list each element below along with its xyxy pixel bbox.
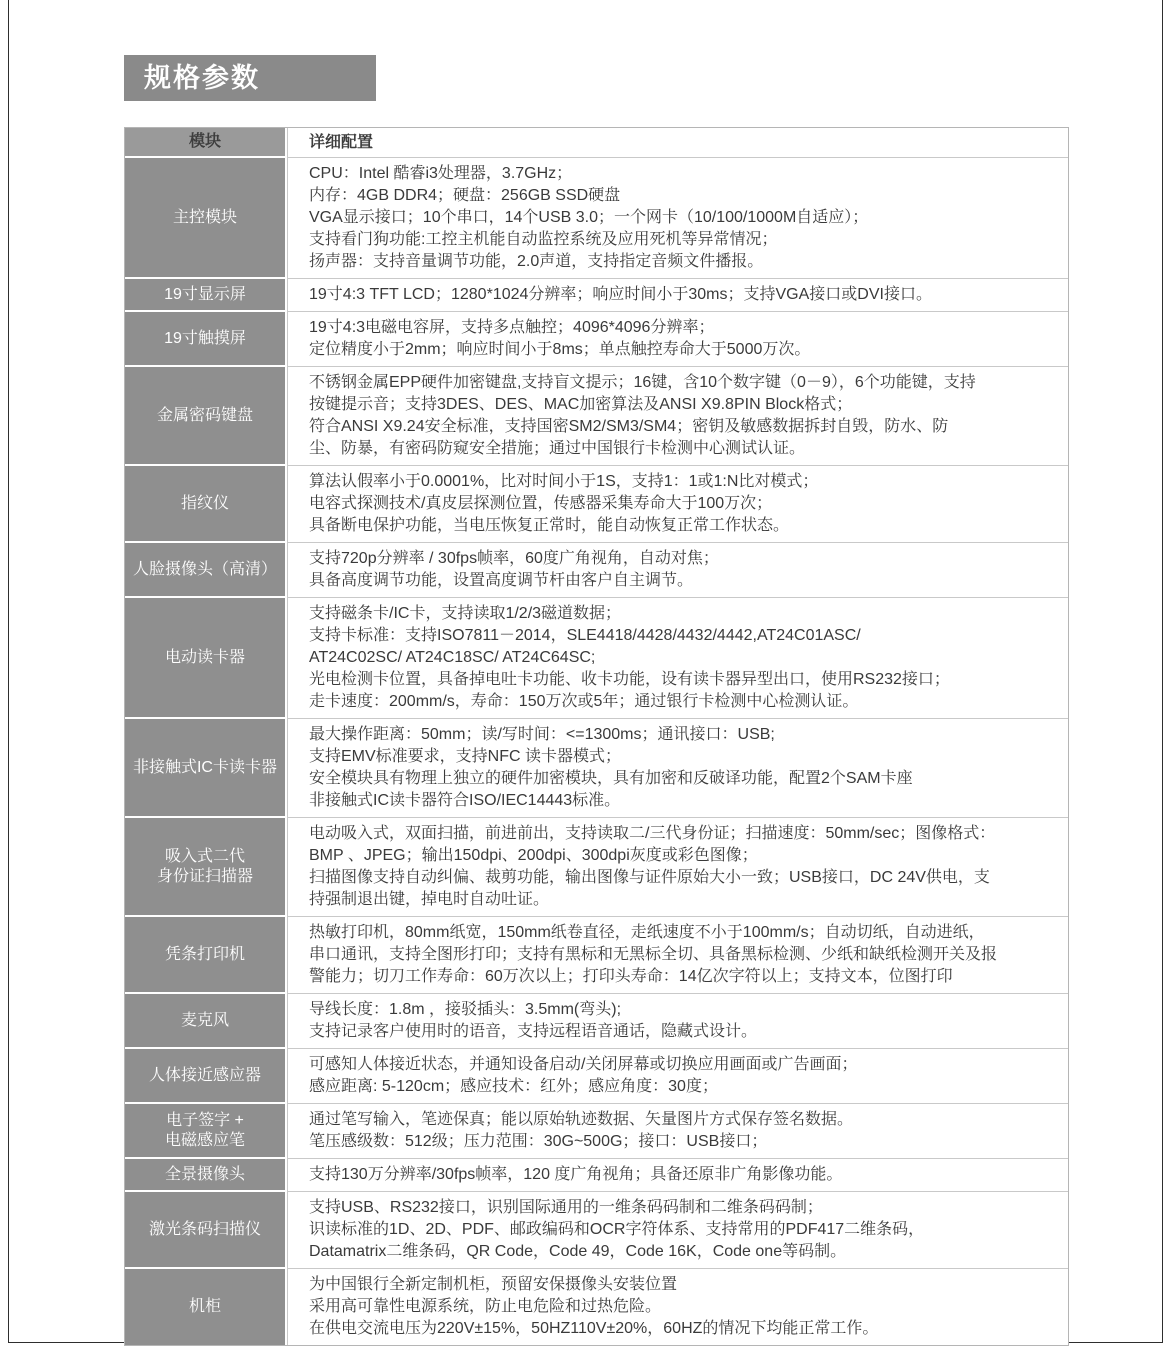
module-detail-cell: CPU：Intel 酷睿i3处理器，3.7GHz； 内存：4GB DDR4；硬盘… (287, 158, 1068, 279)
document-page: 规格参数 模块 详细配置 主控模块 CPU：Intel 酷睿i3处理器，3.7G… (8, 0, 1163, 1343)
table-row: 机柜 为中国银行全新定制机柜，预留安保摄像头安装位置 采用高可靠性电源系统，防止… (125, 1269, 1068, 1345)
table-row: 吸入式二代 身份证扫描器 电动吸入式，双面扫描，前进前出，支持读取二/三代身份证… (125, 818, 1068, 917)
module-detail-cell: 不锈钢金属EPP硬件加密键盘,支持盲文提示；16键，含10个数字键（0－9），6… (287, 367, 1068, 466)
column-header-detail: 详细配置 (287, 128, 1068, 158)
module-name-cell: 激光条码扫描仪 (125, 1192, 285, 1269)
module-name-cell: 麦克风 (125, 994, 285, 1049)
table-row: 电动读卡器 支持磁条卡/IC卡，支持读取1/2/3磁道数据； 支持卡标准：支持I… (125, 598, 1068, 719)
table-header-row: 模块 详细配置 (125, 128, 1068, 158)
module-detail-cell: 算法认假率小于0.0001%，比对时间小于1S，支持1：1或1:N比对模式； 电… (287, 466, 1068, 543)
module-detail-cell: 电动吸入式，双面扫描，前进前出，支持读取二/三代身份证；扫描速度：50mm/se… (287, 818, 1068, 917)
table-row: 人脸摄像头（高清） 支持720p分辨率 / 30fps帧率，60度广角视角，自动… (125, 543, 1068, 598)
module-detail-cell: 最大操作距离：50mm；读/写时间：<=1300ms；通讯接口：USB; 支持E… (287, 719, 1068, 818)
table-row: 主控模块 CPU：Intel 酷睿i3处理器，3.7GHz； 内存：4GB DD… (125, 158, 1068, 279)
module-detail-cell: 热敏打印机，80mm纸宽，150mm纸卷直径，走纸速度不小于100mm/s；自动… (287, 917, 1068, 994)
module-detail-cell: 19寸4:3电磁电容屏，支持多点触控；4096*4096分辨率； 定位精度小于2… (287, 312, 1068, 367)
module-name-cell: 吸入式二代 身份证扫描器 (125, 818, 285, 917)
module-name-cell: 人脸摄像头（高清） (125, 543, 285, 598)
module-detail-cell: 可感知人体接近状态，并通知设备启动/关闭屏幕或切换应用画面或广告画面； 感应距离… (287, 1049, 1068, 1104)
module-detail-cell: 19寸4:3 TFT LCD；1280*1024分辨率；响应时间小于30ms；支… (287, 279, 1068, 312)
table-body: 主控模块 CPU：Intel 酷睿i3处理器，3.7GHz； 内存：4GB DD… (125, 158, 1068, 1345)
column-header-module: 模块 (125, 128, 285, 158)
module-name-cell: 指纹仪 (125, 466, 285, 543)
module-name-cell: 金属密码键盘 (125, 367, 285, 466)
table-row: 19寸触摸屏 19寸4:3电磁电容屏，支持多点触控；4096*4096分辨率； … (125, 312, 1068, 367)
module-name-cell: 主控模块 (125, 158, 285, 279)
table-row: 非接触式IC卡读卡器 最大操作距离：50mm；读/写时间：<=1300ms；通讯… (125, 719, 1068, 818)
table-row: 金属密码键盘 不锈钢金属EPP硬件加密键盘,支持盲文提示；16键，含10个数字键… (125, 367, 1068, 466)
spec-table: 模块 详细配置 主控模块 CPU：Intel 酷睿i3处理器，3.7GHz； 内… (124, 127, 1069, 1346)
table-row: 人体接近感应器 可感知人体接近状态，并通知设备启动/关闭屏幕或切换应用画面或广告… (125, 1049, 1068, 1104)
table-row: 激光条码扫描仪 支持USB、RS232接口，识别国际通用的一维条码码制和二维条码… (125, 1192, 1068, 1269)
table-row: 全景摄像头 支持130万分辨率/30fps帧率，120 度广角视角；具备还原非广… (125, 1159, 1068, 1192)
table-row: 电子签字 + 电磁感应笔 通过笔写输入，笔迹保真；能以原始轨迹数据、矢量图片方式… (125, 1104, 1068, 1159)
module-name-cell: 机柜 (125, 1269, 285, 1345)
table-row: 凭条打印机 热敏打印机，80mm纸宽，150mm纸卷直径，走纸速度不小于100m… (125, 917, 1068, 994)
table-row: 19寸显示屏 19寸4:3 TFT LCD；1280*1024分辨率；响应时间小… (125, 279, 1068, 312)
module-name-cell: 19寸显示屏 (125, 279, 285, 312)
module-name-cell: 非接触式IC卡读卡器 (125, 719, 285, 818)
module-detail-cell: 支持130万分辨率/30fps帧率，120 度广角视角；具备还原非广角影像功能。 (287, 1159, 1068, 1192)
module-detail-cell: 支持720p分辨率 / 30fps帧率，60度广角视角，自动对焦； 具备高度调节… (287, 543, 1068, 598)
module-name-cell: 凭条打印机 (125, 917, 285, 994)
module-name-cell: 全景摄像头 (125, 1159, 285, 1192)
module-detail-cell: 为中国银行全新定制机柜，预留安保摄像头安装位置 采用高可靠性电源系统，防止电危险… (287, 1269, 1068, 1345)
module-name-cell: 人体接近感应器 (125, 1049, 285, 1104)
module-detail-cell: 通过笔写输入，笔迹保真；能以原始轨迹数据、矢量图片方式保存签名数据。 笔压感级数… (287, 1104, 1068, 1159)
module-name-cell: 19寸触摸屏 (125, 312, 285, 367)
module-name-cell: 电动读卡器 (125, 598, 285, 719)
module-detail-cell: 支持USB、RS232接口，识别国际通用的一维条码码制和二维条码码制； 识读标准… (287, 1192, 1068, 1269)
page-title: 规格参数 (124, 55, 376, 101)
module-detail-cell: 导线长度：1.8m ，接驳插头：3.5mm(弯头); 支持记录客户使用时的语音，… (287, 994, 1068, 1049)
table-row: 指纹仪 算法认假率小于0.0001%，比对时间小于1S，支持1：1或1:N比对模… (125, 466, 1068, 543)
module-detail-cell: 支持磁条卡/IC卡，支持读取1/2/3磁道数据； 支持卡标准：支持ISO7811… (287, 598, 1068, 719)
module-name-cell: 电子签字 + 电磁感应笔 (125, 1104, 285, 1159)
table-row: 麦克风 导线长度：1.8m ，接驳插头：3.5mm(弯头); 支持记录客户使用时… (125, 994, 1068, 1049)
